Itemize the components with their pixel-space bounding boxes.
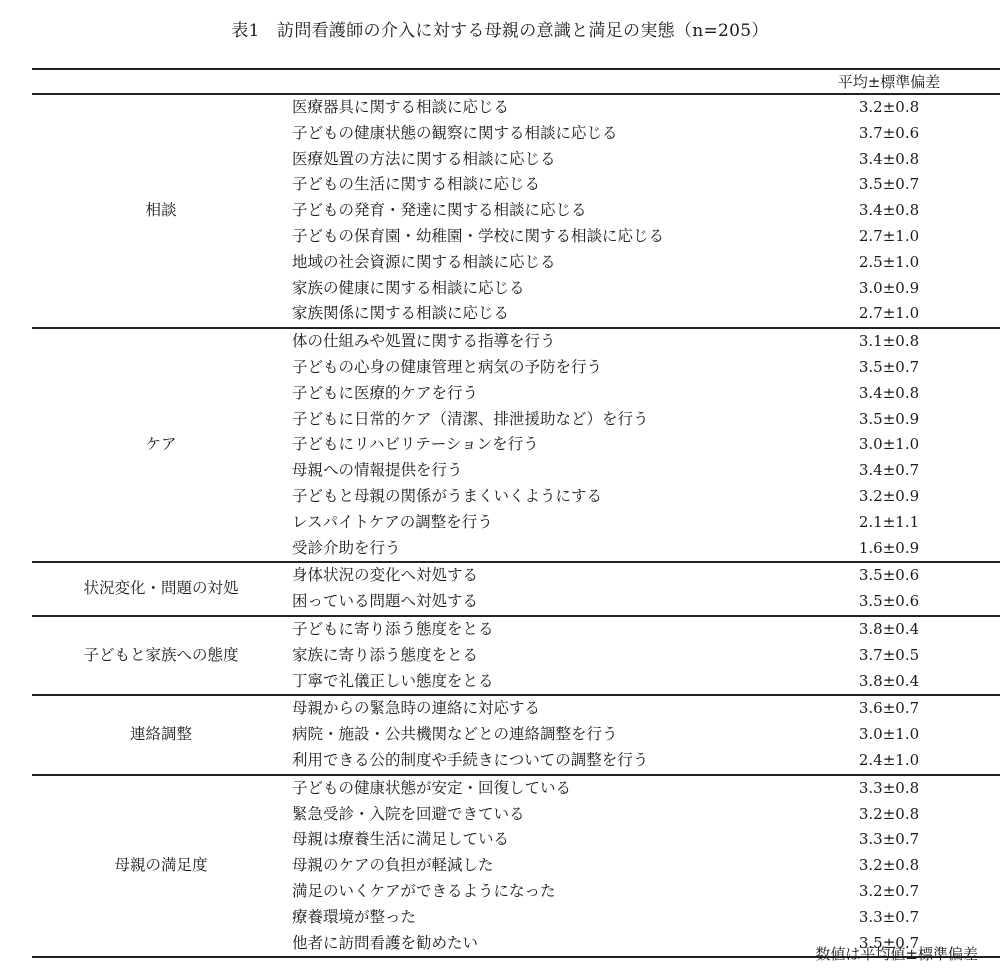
mean-sd-value: 2.7±1.0 [810, 301, 1000, 328]
item-label: 子どもの保育園・幼稚園・学校に関する相談に応じる [290, 224, 810, 250]
mean-sd-value: 1.6±0.9 [810, 536, 1000, 563]
item-label: 子どもの心身の健康管理と病気の予防を行う [290, 355, 810, 381]
mean-sd-value: 3.4±0.8 [810, 198, 1000, 224]
mean-sd-value: 3.8±0.4 [810, 616, 1000, 643]
mean-sd-value: 3.5±0.9 [810, 407, 1000, 433]
item-label: 緊急受診・入院を回避できている [290, 802, 810, 828]
table-row: 状況変化・問題の対処身体状況の変化へ対処する3.5±0.6 [32, 562, 1000, 589]
item-label: 困っている問題へ対処する [290, 589, 810, 616]
table-row: 相談医療器具に関する相談に応じる3.2±0.8 [32, 94, 1000, 121]
item-label: 受診介助を行う [290, 536, 810, 563]
mean-sd-value: 3.0±1.0 [810, 722, 1000, 748]
item-label: 療養環境が整った [290, 905, 810, 931]
table-header-row: 平均±標準偏差 [32, 69, 1000, 94]
category-label: 母親の満足度 [32, 775, 290, 958]
item-label: 母親からの緊急時の連絡に対応する [290, 695, 810, 722]
item-label: 子どもに日常的ケア（清潔、排泄援助など）を行う [290, 407, 810, 433]
mean-sd-value: 2.7±1.0 [810, 224, 1000, 250]
item-label: 家族に寄り添う態度をとる [290, 643, 810, 669]
table-row: 子どもと家族への態度子どもに寄り添う態度をとる3.8±0.4 [32, 616, 1000, 643]
item-label: 家族関係に関する相談に応じる [290, 301, 810, 328]
item-label: 医療器具に関する相談に応じる [290, 94, 810, 121]
item-label: 子どもの生活に関する相談に応じる [290, 172, 810, 198]
table-title: 表1 訪問看護師の介入に対する母親の意識と満足の実態（n=205） [0, 16, 1000, 41]
item-label: 子どもに寄り添う態度をとる [290, 616, 810, 643]
category-label: ケア [32, 328, 290, 562]
item-label: 子どもに医療的ケアを行う [290, 381, 810, 407]
item-label: 他者に訪問看護を勧めたい [290, 931, 810, 958]
header-mean-sd: 平均±標準偏差 [810, 69, 1000, 94]
mean-sd-value: 2.1±1.1 [810, 510, 1000, 536]
item-label: 丁寧で礼儀正しい態度をとる [290, 669, 810, 696]
table-row: 母親の満足度子どもの健康状態が安定・回復している3.3±0.8 [32, 775, 1000, 802]
mean-sd-value: 3.2±0.8 [810, 853, 1000, 879]
item-label: 子どもにリハビリテーションを行う [290, 432, 810, 458]
mean-sd-value: 3.5±0.7 [810, 172, 1000, 198]
mean-sd-value: 3.5±0.7 [810, 355, 1000, 381]
mean-sd-value: 3.1±0.8 [810, 328, 1000, 355]
mean-sd-value: 3.2±0.9 [810, 484, 1000, 510]
mean-sd-value: 3.4±0.7 [810, 458, 1000, 484]
category-label: 相談 [32, 94, 290, 328]
item-label: 病院・施設・公共機関などとの連絡調整を行う [290, 722, 810, 748]
table-row: 連絡調整母親からの緊急時の連絡に対応する3.6±0.7 [32, 695, 1000, 722]
mean-sd-value: 3.2±0.8 [810, 94, 1000, 121]
table-footnote: 数値は平均値±標準偏差 [815, 943, 978, 964]
category-label: 連絡調整 [32, 695, 290, 774]
item-label: 子どもと母親の関係がうまくいくようにする [290, 484, 810, 510]
item-label: 子どもの健康状態が安定・回復している [290, 775, 810, 802]
mean-sd-value: 3.3±0.8 [810, 775, 1000, 802]
mean-sd-value: 3.2±0.8 [810, 802, 1000, 828]
table-row: ケア体の仕組みや処置に関する指導を行う3.1±0.8 [32, 328, 1000, 355]
item-label: 母親のケアの負担が軽減した [290, 853, 810, 879]
mean-sd-value: 3.2±0.7 [810, 879, 1000, 905]
mean-sd-value: 3.5±0.6 [810, 589, 1000, 616]
mean-sd-value: 3.0±0.9 [810, 276, 1000, 302]
mean-sd-value: 3.0±1.0 [810, 432, 1000, 458]
category-label: 子どもと家族への態度 [32, 616, 290, 695]
mean-sd-value: 3.5±0.6 [810, 562, 1000, 589]
mean-sd-value: 3.4±0.8 [810, 381, 1000, 407]
mean-sd-value: 2.5±1.0 [810, 250, 1000, 276]
category-label: 状況変化・問題の対処 [32, 562, 290, 616]
item-label: 医療処置の方法に関する相談に応じる [290, 147, 810, 173]
header-item [290, 69, 810, 94]
item-label: 子どもの発育・発達に関する相談に応じる [290, 198, 810, 224]
table-body: 相談医療器具に関する相談に応じる3.2±0.8子どもの健康状態の観察に関する相談… [32, 94, 1000, 957]
item-label: 地域の社会資源に関する相談に応じる [290, 250, 810, 276]
mean-sd-value: 3.3±0.7 [810, 827, 1000, 853]
mean-sd-value: 3.7±0.5 [810, 643, 1000, 669]
mean-sd-value: 3.7±0.6 [810, 121, 1000, 147]
item-label: 利用できる公的制度や手続きについての調整を行う [290, 748, 810, 775]
item-label: 身体状況の変化へ対処する [290, 562, 810, 589]
mean-sd-value: 3.3±0.7 [810, 905, 1000, 931]
mean-sd-value: 3.4±0.8 [810, 147, 1000, 173]
item-label: レスパイトケアの調整を行う [290, 510, 810, 536]
results-table-container: 平均±標準偏差 相談医療器具に関する相談に応じる3.2±0.8子どもの健康状態の… [32, 68, 1000, 958]
item-label: 子どもの健康状態の観察に関する相談に応じる [290, 121, 810, 147]
mean-sd-value: 3.6±0.7 [810, 695, 1000, 722]
header-category [32, 69, 290, 94]
item-label: 体の仕組みや処置に関する指導を行う [290, 328, 810, 355]
results-table: 平均±標準偏差 相談医療器具に関する相談に応じる3.2±0.8子どもの健康状態の… [32, 68, 1000, 958]
item-label: 家族の健康に関する相談に応じる [290, 276, 810, 302]
item-label: 母親への情報提供を行う [290, 458, 810, 484]
item-label: 母親は療養生活に満足している [290, 827, 810, 853]
mean-sd-value: 3.8±0.4 [810, 669, 1000, 696]
item-label: 満足のいくケアができるようになった [290, 879, 810, 905]
mean-sd-value: 2.4±1.0 [810, 748, 1000, 775]
